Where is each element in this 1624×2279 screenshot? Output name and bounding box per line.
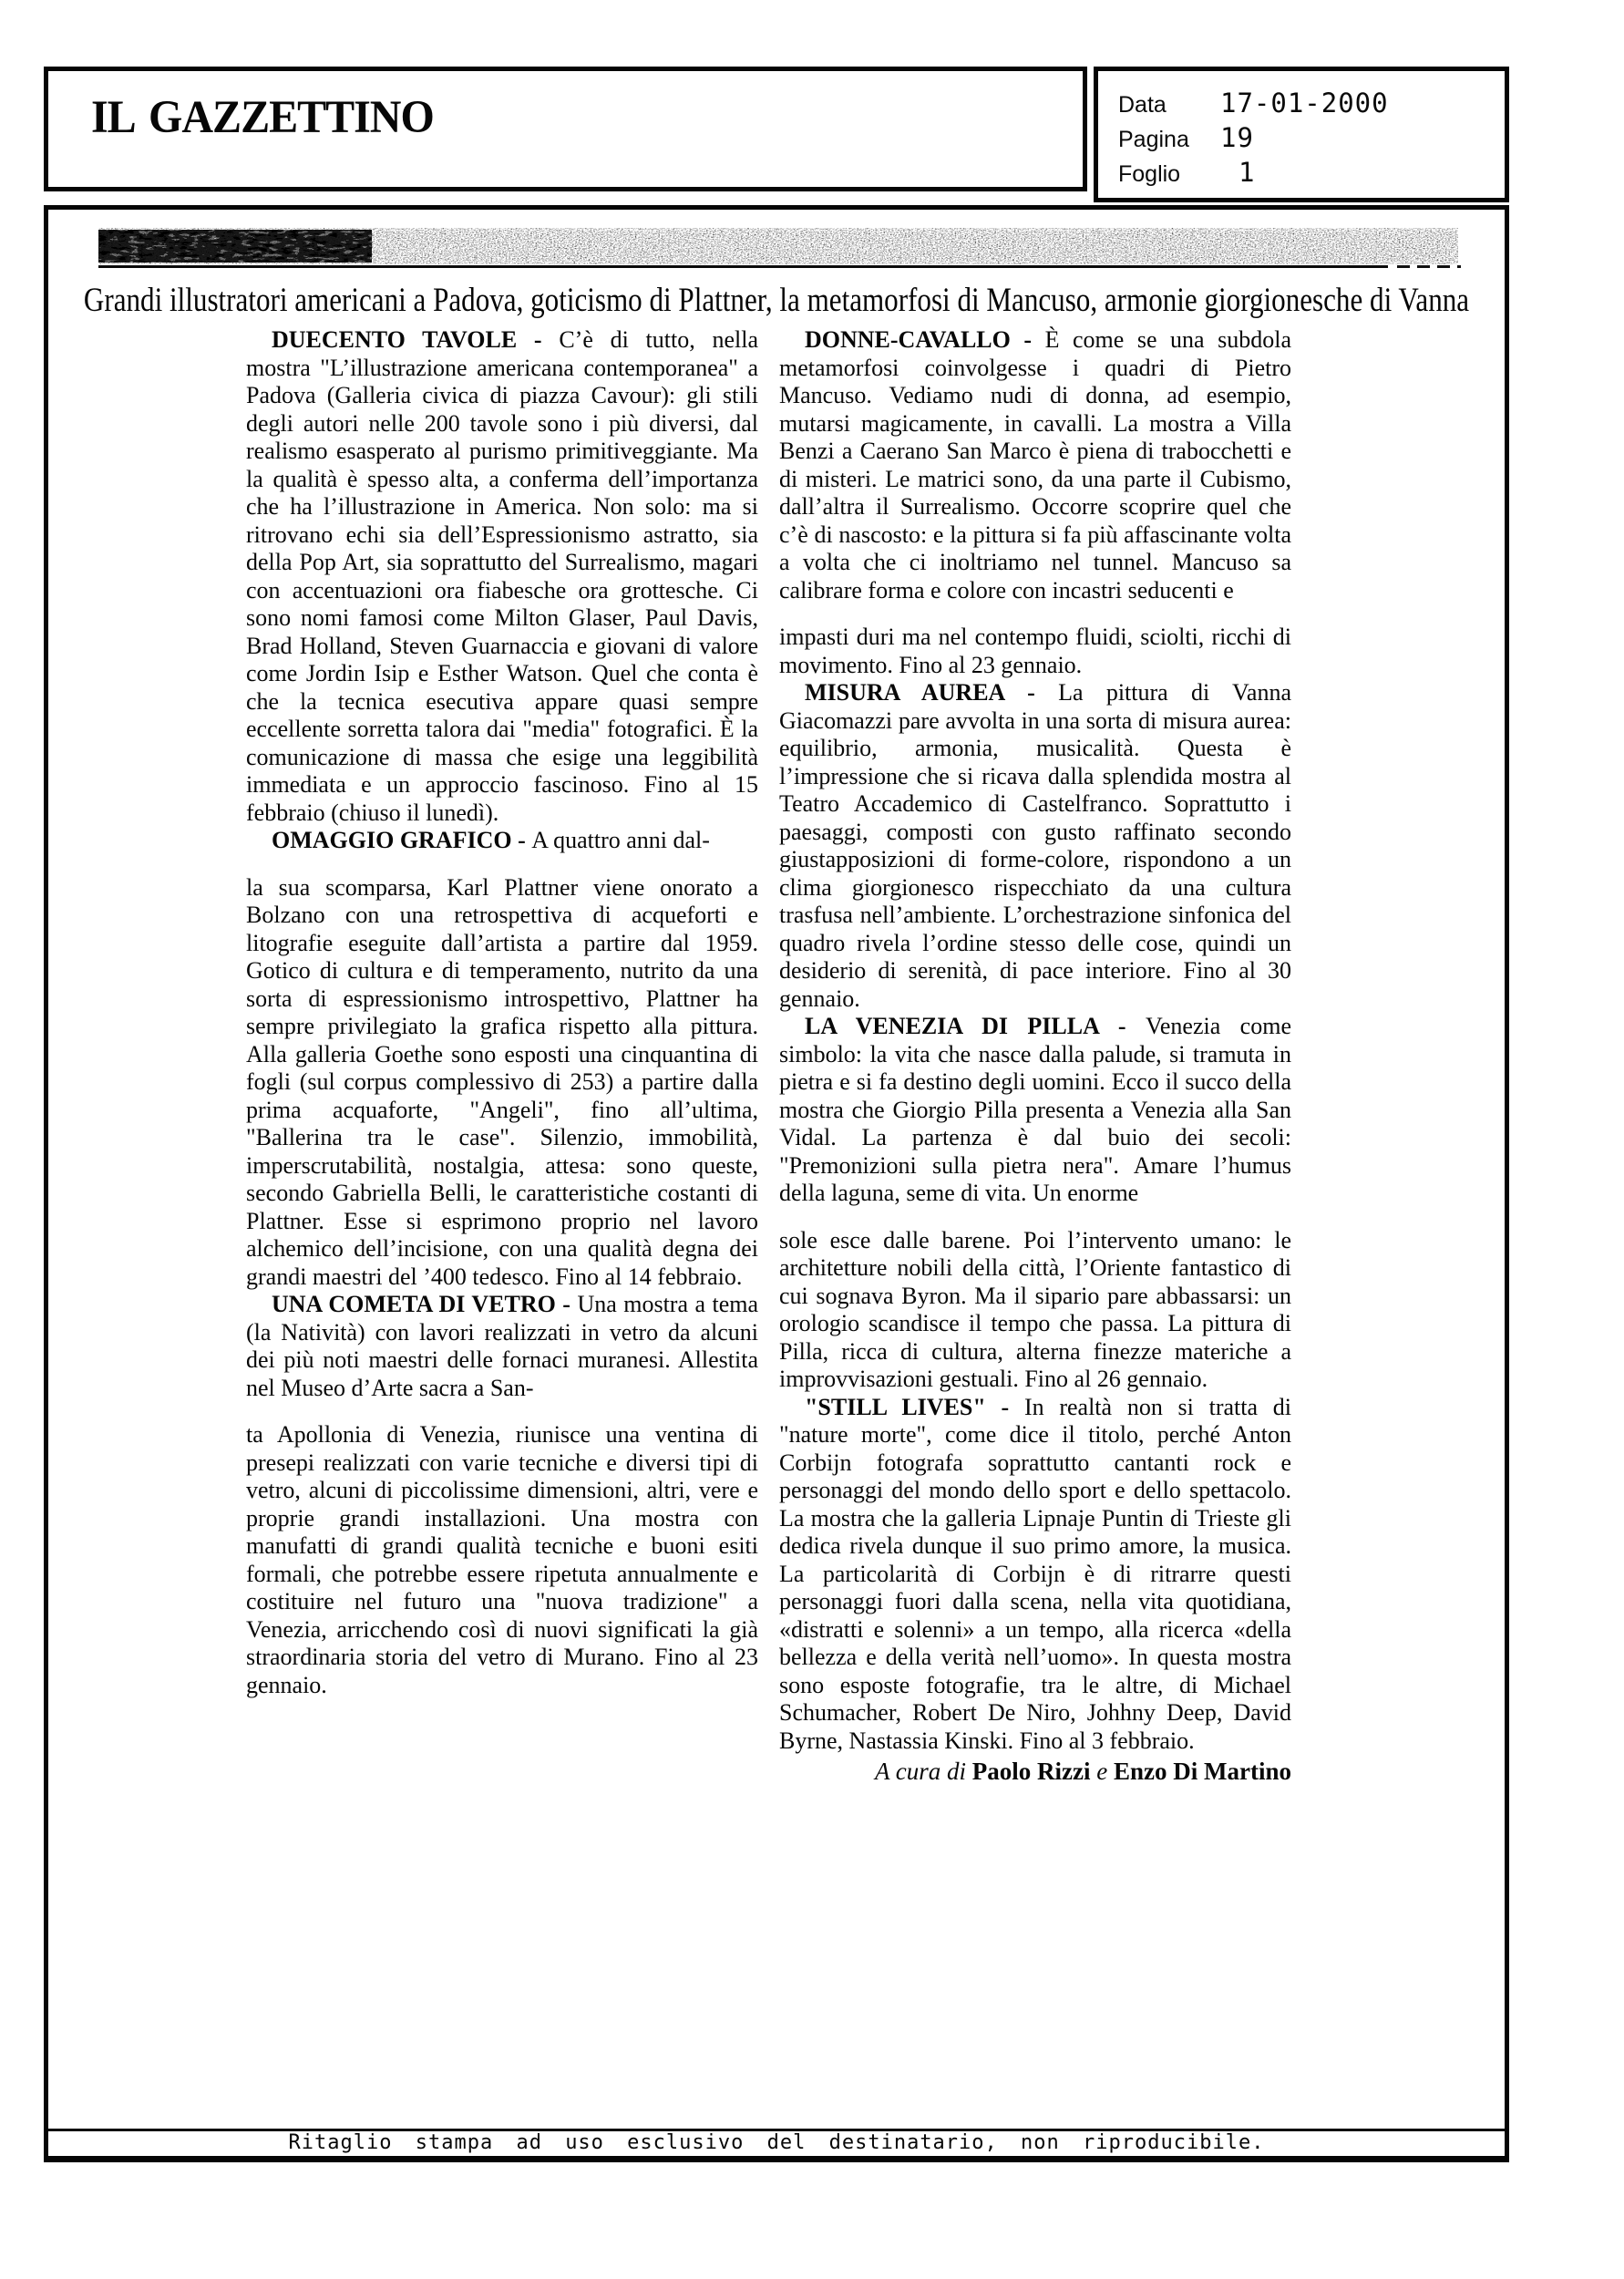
article-paragraph: DONNE-CAVALLO - È come se una subdola me… bbox=[779, 326, 1291, 604]
paragraph-text: In realtà non si tratta di "nature morte… bbox=[779, 1394, 1291, 1754]
paragraph-heading: MISURA AUREA - bbox=[805, 679, 1058, 706]
copyright-footer: Ritaglio stampa ad uso esclusivo del des… bbox=[48, 2129, 1505, 2156]
byline-curator-1: Paolo Rizzi bbox=[972, 1758, 1091, 1785]
clipping-body-box: Grandi illustratori americani a Padova, … bbox=[44, 205, 1509, 2162]
byline-prefix: A cura di bbox=[875, 1758, 972, 1785]
foglio-label: Foglio bbox=[1118, 157, 1220, 191]
redacted-rubric-strip bbox=[98, 228, 1458, 264]
pagina-value: 19 bbox=[1220, 122, 1254, 153]
paragraph-text: sole esce dalle barene. Poi l’intervento… bbox=[779, 1227, 1291, 1393]
article-headline: Grandi illustratori americani a Padova, … bbox=[84, 281, 1469, 320]
article-paragraph: LA VENEZIA DI PILLA - Venezia come simbo… bbox=[779, 1013, 1291, 1208]
paragraph-text: A quattro anni dal- bbox=[531, 827, 710, 853]
article-paragraph: DUECENTO TAVOLE - C’è di tutto, nella mo… bbox=[246, 326, 758, 827]
paragraph-heading: DONNE-CAVALLO - bbox=[805, 326, 1045, 353]
paragraph-heading: DUECENTO TAVOLE - bbox=[272, 326, 559, 353]
data-label: Data bbox=[1118, 88, 1220, 122]
masthead-box: IL GAZZETTINO bbox=[44, 67, 1087, 191]
paragraph-text: È come se una subdola metamorfosi coinvo… bbox=[779, 326, 1291, 603]
strip-underline-dashes bbox=[1397, 265, 1461, 268]
foglio-value: 1 bbox=[1220, 157, 1255, 188]
byline-curator-2: Enzo Di Martino bbox=[1114, 1758, 1291, 1785]
paragraph-text: C’è di tutto, nella mostra "L’illustrazi… bbox=[246, 326, 758, 826]
article-paragraph-continuation: impasti duri ma nel contempo fluidi, sci… bbox=[779, 624, 1291, 679]
paragraph-text: Venezia come simbolo: la vita che nasce … bbox=[779, 1013, 1291, 1206]
newspaper-logo: IL GAZZETTINO bbox=[91, 91, 434, 144]
noise-texture bbox=[98, 228, 1458, 264]
article-paragraph: UNA COMETA DI VETRO - Una mostra a tema … bbox=[246, 1291, 758, 1402]
article-paragraph-continuation: sole esce dalle barene. Poi l’intervento… bbox=[779, 1227, 1291, 1394]
article-column-left: DUECENTO TAVOLE - C’è di tutto, nella mo… bbox=[246, 326, 758, 1699]
article-column-right: DONNE-CAVALLO - È come se una subdola me… bbox=[779, 326, 1291, 1786]
paragraph-text: la sua scomparsa, Karl Plattner viene on… bbox=[246, 874, 758, 1290]
press-clipping-page: { "masthead": {"title": "IL GAZZETTINO"}… bbox=[0, 0, 1624, 2279]
footer-note-text: Ritaglio stampa ad uso esclusivo del des… bbox=[289, 2131, 1265, 2154]
article-paragraph: OMAGGIO GRAFICO - A quattro anni dal- bbox=[246, 827, 758, 855]
strip-underline bbox=[98, 265, 1388, 268]
meta-row-data: Data17-01-2000 bbox=[1118, 86, 1505, 120]
article-paragraph-continuation: la sua scomparsa, Karl Plattner viene on… bbox=[246, 874, 758, 1292]
data-value: 17-01-2000 bbox=[1220, 88, 1389, 119]
paragraph-heading: UNA COMETA DI VETRO - bbox=[272, 1291, 577, 1317]
article-byline: A cura di Paolo Rizzi e Enzo Di Martino bbox=[779, 1758, 1291, 1786]
paragraph-text: impasti duri ma nel contempo fluidi, sci… bbox=[779, 624, 1291, 678]
paragraph-heading: "STILL LIVES" - bbox=[805, 1394, 1024, 1420]
paragraph-heading: OMAGGIO GRAFICO - bbox=[272, 827, 531, 853]
paragraph-heading: LA VENEZIA DI PILLA - bbox=[805, 1013, 1146, 1039]
meta-row-foglio: Foglio1 bbox=[1118, 155, 1505, 190]
article-paragraph: "STILL LIVES" - In realtà non si tratta … bbox=[779, 1394, 1291, 1756]
byline-connector: e bbox=[1091, 1758, 1114, 1785]
article-paragraph: MISURA AUREA - La pittura di Vanna Giaco… bbox=[779, 679, 1291, 1013]
article-paragraph-continuation: ta Apollonia di Venezia, riunisce una ve… bbox=[246, 1421, 758, 1699]
paragraph-text: ta Apollonia di Venezia, riunisce una ve… bbox=[246, 1421, 758, 1698]
pagina-label: Pagina bbox=[1118, 122, 1220, 157]
meta-row-pagina: Pagina19 bbox=[1118, 120, 1505, 155]
clipping-meta-box: Data17-01-2000 Pagina19 Foglio1 bbox=[1094, 67, 1509, 202]
paragraph-text: La pittura di Vanna Giacomazzi pare avvo… bbox=[779, 679, 1291, 1012]
